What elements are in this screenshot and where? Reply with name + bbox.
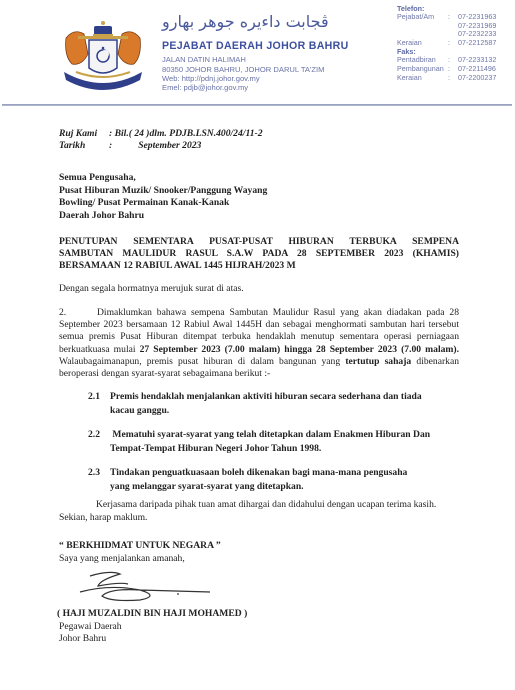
johor-crest-icon bbox=[56, 20, 150, 92]
addressee-block: Semua Pengusaha, Pusat Hiburan Muzik/ Sn… bbox=[59, 172, 267, 222]
condition-item: 2.2 Mematuhi syarat-syarat yang telah di… bbox=[88, 428, 468, 455]
condition-item: 2.3Tindakan penguatkuasaan boleh dikenak… bbox=[88, 466, 468, 493]
greeting: Dengan segala hormatnya merujuk surat di… bbox=[59, 283, 244, 294]
addressee-line: Pusat Hiburan Muzik/ Snooker/Panggung Wa… bbox=[59, 185, 267, 198]
paragraph-number: 2. bbox=[59, 307, 97, 319]
signer-title: Pegawai Daerah bbox=[59, 621, 122, 632]
contact-block: Telefon: Pejabat/Am:07-2231963 07-223196… bbox=[397, 4, 512, 82]
condition-item: 2.1Premis hendaklah menjalankan aktiviti… bbox=[88, 390, 468, 417]
subject-heading: PENUTUPAN SEMENTARA PUSAT-PUSAT HIBURAN … bbox=[59, 236, 459, 273]
reference-number: Ruj Kami: Bil.( 24 )dlm. PDJB.LSN.400/24… bbox=[59, 128, 263, 139]
subject-line: PENUTUPAN SEMENTARA PUSAT-PUSAT HIBURAN … bbox=[59, 236, 459, 248]
subject-line: SAMBUTAN MAULIDUR RASUL S.A.W PADA 28 SE… bbox=[59, 248, 459, 260]
telefon-row: Keraian:07-2212587 bbox=[397, 39, 512, 48]
contact-number: 07-2212587 bbox=[458, 39, 496, 48]
addressee-line: Daerah Johor Bahru bbox=[59, 210, 267, 223]
ruj-value: : Bil.( 24 )dlm. PDJB.LSN.400/24/11-2 bbox=[109, 128, 263, 139]
ruj-label: Ruj Kami bbox=[59, 128, 109, 139]
letterhead-divider bbox=[2, 104, 512, 106]
office-name: PEJABAT DAERAH JOHOR BAHRU bbox=[162, 40, 349, 52]
contact-label: Keraian bbox=[397, 74, 448, 83]
closing-sekian: Sekian, harap maklum. bbox=[59, 512, 469, 525]
address-street: JALAN DATIN HALIMAH bbox=[162, 55, 246, 64]
subject-line: BERSAMAAN 12 RABIUL AWAL 1445 HIJRAH/202… bbox=[59, 260, 296, 271]
signer-district: Johor Bahru bbox=[59, 633, 106, 644]
motto: “ BERKHIDMAT UNTUK NEGARA ” bbox=[59, 540, 221, 551]
office-name-jawi: ڤجابت داءيره جوهر بهارو bbox=[162, 12, 329, 31]
faks-row: Keraian:07-2200237 bbox=[397, 74, 512, 83]
addressee-line: Semua Pengusaha, bbox=[59, 172, 267, 185]
address-city: 80350 JOHOR BAHRU, JOHOR DARUL TA'ZIM bbox=[162, 65, 325, 74]
tarikh-value: September 2023 bbox=[112, 140, 201, 151]
paragraph-2: 2.Dimaklumkan bahawa sempena Sambutan Ma… bbox=[59, 307, 459, 380]
email-link[interactable]: Emel: pdjb@johor.gov.my bbox=[162, 83, 248, 92]
signer-name: ( HAJI MUZALDIN BIN HAJI MOHAMED ) bbox=[57, 608, 247, 619]
contact-label: Pejabat/Am bbox=[397, 13, 448, 22]
website-link[interactable]: Web: http://pdnj.johor.gov.my bbox=[162, 74, 260, 83]
amanah-line: Saya yang menjalankan amanah, bbox=[59, 553, 185, 564]
addressee-line: Bowling/ Pusat Permainan Kanak-Kanak bbox=[59, 197, 267, 210]
signature-icon bbox=[70, 568, 210, 608]
indoor-only-emphasis: tertutup sahaja bbox=[345, 356, 411, 367]
contact-label: Keraian bbox=[397, 39, 448, 48]
reference-date: Tarikh:September 2023 bbox=[59, 140, 201, 151]
contact-number: 07-2200237 bbox=[458, 74, 496, 83]
closure-period: 27 September 2023 (7.00 malam) hingga 28… bbox=[140, 344, 459, 355]
closing-paragraph: Kerjasama daripada pihak tuan amat dihar… bbox=[59, 499, 469, 524]
closing-thanks: Kerjasama daripada pihak tuan amat dihar… bbox=[59, 499, 469, 512]
tarikh-label: Tarikh bbox=[59, 140, 109, 151]
